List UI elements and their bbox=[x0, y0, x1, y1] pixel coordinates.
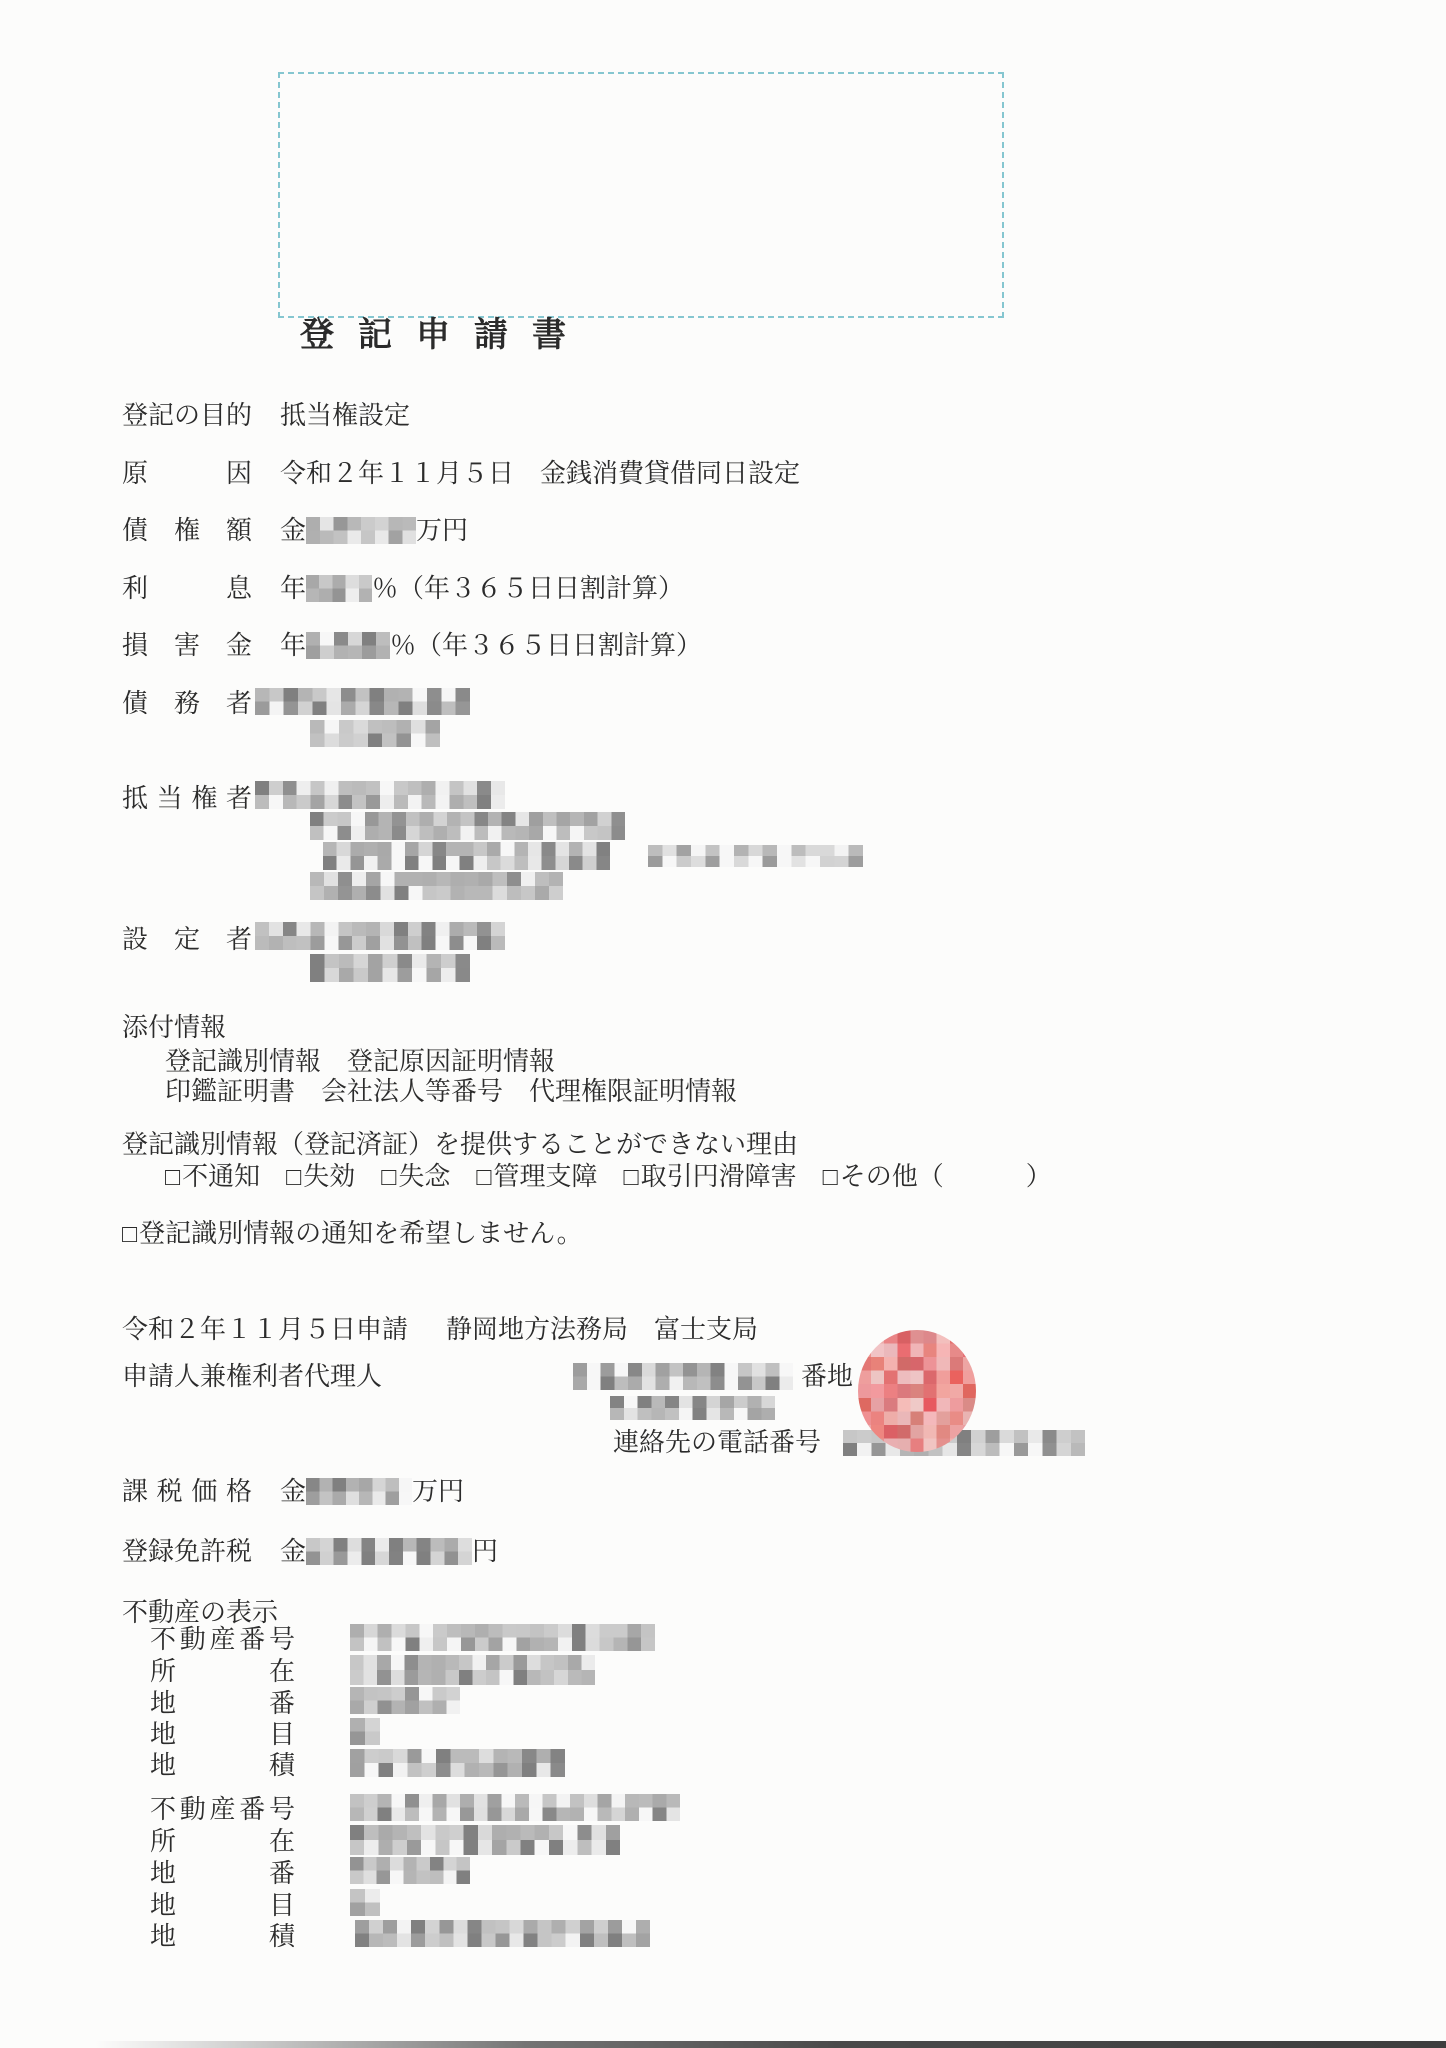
attachments-line-1: 登記識別情報 登記原因証明情報 bbox=[165, 1046, 555, 1076]
redacted-property2-number bbox=[350, 1794, 680, 1821]
tax-price-label: 課税価格 bbox=[122, 1476, 252, 1506]
tax-price-prefix: 金 bbox=[280, 1476, 306, 1506]
cause-label: 原因 bbox=[122, 458, 252, 488]
redacted-property1-number bbox=[350, 1624, 655, 1651]
redacted-property1-category bbox=[350, 1718, 380, 1745]
redacted-mortgagee-line-4 bbox=[310, 872, 563, 900]
field-row-purpose: 登記の目的抵当権設定 bbox=[122, 400, 410, 430]
property2-area-row: 地積 bbox=[150, 1921, 295, 1951]
redacted-property2-category bbox=[350, 1889, 380, 1916]
option-transaction-obstacle: □取引円滑障害 bbox=[624, 1161, 797, 1192]
property-area-label: 地積 bbox=[150, 1921, 295, 1951]
attachments-line-2: 印鑑証明書 会社法人等番号 代理権限証明情報 bbox=[165, 1076, 737, 1106]
property2-lot-row: 地番 bbox=[150, 1858, 295, 1888]
checkbox-icon: □ bbox=[823, 1163, 838, 1191]
red-seal-stamp bbox=[858, 1330, 976, 1452]
option-no-notice-label: 不通知 bbox=[182, 1161, 260, 1191]
application-date-row: 令和２年１１月５日申請静岡地方法務局 富士支局 bbox=[122, 1314, 758, 1344]
property-number-label: 不動産番号 bbox=[150, 1624, 295, 1654]
property-location-label: 所在 bbox=[150, 1656, 295, 1686]
option-transaction-obstacle-label: 取引円滑障害 bbox=[641, 1161, 797, 1191]
attachments-line-1-text: 登記識別情報 登記原因証明情報 bbox=[165, 1046, 555, 1076]
interest-label: 利息 bbox=[122, 573, 252, 603]
redacted-property1-area bbox=[350, 1749, 565, 1777]
option-expired: □失効 bbox=[286, 1161, 355, 1192]
redacted-property2-area bbox=[355, 1920, 650, 1947]
property-category-label: 地目 bbox=[150, 1890, 295, 1920]
interest-suffix: ％（年３６５日日割計算） bbox=[372, 573, 684, 603]
identification-notice-row: □登記識別情報の通知を希望しません。 bbox=[122, 1218, 583, 1249]
redacted-grantor-line-2 bbox=[310, 954, 470, 982]
redacted-debtor-line-1 bbox=[255, 688, 470, 715]
attachments-heading-text: 添付情報 bbox=[122, 1012, 226, 1042]
address-suffix-text: 番地 bbox=[801, 1361, 853, 1391]
property2-number-row: 不動産番号 bbox=[150, 1794, 295, 1824]
redacted-mortgagee-line-1 bbox=[255, 781, 505, 809]
application-date-text: 令和２年１１月５日申請 bbox=[122, 1314, 408, 1344]
field-row-grantor: 設定者 bbox=[122, 924, 252, 954]
tax-price-row: 課税価格金万円 bbox=[122, 1476, 464, 1506]
checkbox-icon: □ bbox=[624, 1163, 639, 1191]
option-other-label: その他（ bbox=[840, 1161, 944, 1191]
redacted-property1-location bbox=[350, 1655, 595, 1685]
checkbox-icon: □ bbox=[165, 1163, 180, 1191]
attachments-line-2-text: 印鑑証明書 会社法人等番号 代理権限証明情報 bbox=[165, 1076, 737, 1106]
purpose-label: 登記の目的 bbox=[122, 400, 252, 430]
field-row-debtor: 債務者 bbox=[122, 688, 252, 718]
identification-reason-heading-text: 登記識別情報（登記済証）を提供することができない理由 bbox=[122, 1129, 798, 1159]
cause-value: 令和２年１１月５日 金銭消費貸借同日設定 bbox=[280, 458, 800, 488]
redacted-property1-lot bbox=[350, 1687, 460, 1714]
option-management-issue: □管理支障 bbox=[476, 1161, 597, 1192]
option-other: □その他（） bbox=[823, 1161, 1052, 1192]
property1-lot-row: 地番 bbox=[150, 1688, 295, 1718]
legal-affairs-office-text: 静岡地方法務局 富士支局 bbox=[446, 1314, 758, 1344]
identification-notice-text: 登記識別情報の通知を希望しません。 bbox=[139, 1218, 583, 1248]
checkbox-icon: □ bbox=[286, 1163, 301, 1191]
redacted-applicant-address bbox=[573, 1363, 793, 1390]
checkbox-icon: □ bbox=[381, 1163, 396, 1191]
redacted-mortgagee-line-3 bbox=[323, 842, 610, 870]
option-lost-label: 失念 bbox=[398, 1161, 450, 1191]
property-location-label: 所在 bbox=[150, 1826, 295, 1856]
damages-prefix: 年 bbox=[280, 630, 306, 660]
redacted-interest-rate bbox=[306, 575, 372, 602]
option-lost: □失念 bbox=[381, 1161, 450, 1192]
redacted-property2-lot bbox=[350, 1857, 470, 1884]
property-lot-label: 地番 bbox=[150, 1858, 295, 1888]
redacted-debtor-line-2 bbox=[310, 720, 440, 747]
scan-bottom-edge bbox=[95, 2041, 1446, 2048]
property-area-label: 地積 bbox=[150, 1750, 295, 1780]
property2-category-row: 地目 bbox=[150, 1890, 295, 1920]
scanned-document-page: 登記申請書 登記の目的抵当権設定 原因令和２年１１月５日 金銭消費貸借同日設定 … bbox=[0, 0, 1446, 2048]
applicant-row: 申請人兼権利者代理人番地 bbox=[122, 1361, 853, 1391]
option-other-close-paren: ） bbox=[1026, 1161, 1052, 1191]
mortgagee-label: 抵当権者 bbox=[122, 783, 252, 813]
damages-suffix: ％（年３６５日日割計算） bbox=[390, 630, 702, 660]
field-row-mortgagee: 抵当権者 bbox=[122, 783, 252, 813]
property1-category-row: 地目 bbox=[150, 1719, 295, 1749]
property1-area-row: 地積 bbox=[150, 1750, 295, 1780]
claim-suffix: 万円 bbox=[416, 515, 468, 545]
field-row-interest: 利息年％（年３６５日日割計算） bbox=[122, 573, 684, 603]
property-heading: 不動産の表示 bbox=[122, 1597, 278, 1627]
identification-reason-options: □不通知 □失効 □失念 □管理支障 □取引円滑障害 □その他（） bbox=[165, 1161, 1052, 1192]
option-expired-label: 失効 bbox=[303, 1161, 355, 1191]
checkbox-icon: □ bbox=[122, 1220, 137, 1248]
claim-label: 債権額 bbox=[122, 515, 252, 545]
attachments-heading: 添付情報 bbox=[122, 1012, 226, 1042]
tax-price-suffix: 万円 bbox=[412, 1476, 464, 1506]
document-title: 登記申請書 bbox=[300, 320, 590, 350]
license-tax-row: 登録免許税金円 bbox=[122, 1536, 498, 1566]
identification-reason-heading: 登記識別情報（登記済証）を提供することができない理由 bbox=[122, 1129, 798, 1159]
claim-prefix: 金 bbox=[280, 515, 306, 545]
phone-row: 連絡先の電話番号 bbox=[613, 1427, 1085, 1457]
redacted-mortgagee-line-3-cont bbox=[648, 845, 863, 867]
redacted-grantor-line-1 bbox=[255, 922, 505, 950]
purpose-value: 抵当権設定 bbox=[280, 400, 410, 430]
property-lot-label: 地番 bbox=[150, 1688, 295, 1718]
field-row-claim-amount: 債権額金万円 bbox=[122, 515, 468, 545]
redacted-claim-amount bbox=[306, 517, 416, 544]
attachment-placeholder-box bbox=[278, 72, 1004, 318]
redacted-mortgagee-line-2 bbox=[310, 812, 625, 840]
redacted-applicant-name bbox=[610, 1396, 775, 1420]
property1-number-row: 不動産番号 bbox=[150, 1624, 295, 1654]
field-row-cause: 原因令和２年１１月５日 金銭消費貸借同日設定 bbox=[122, 458, 800, 488]
license-tax-suffix: 円 bbox=[472, 1536, 498, 1566]
property-heading-text: 不動産の表示 bbox=[122, 1597, 278, 1627]
property1-location-row: 所在 bbox=[150, 1656, 295, 1686]
redacted-damages-rate bbox=[306, 632, 390, 659]
damages-label: 損害金 bbox=[122, 630, 252, 660]
debtor-label: 債務者 bbox=[122, 688, 252, 718]
property-number-label: 不動産番号 bbox=[150, 1794, 295, 1824]
option-management-issue-label: 管理支障 bbox=[493, 1161, 597, 1191]
applicant-label: 申請人兼権利者代理人 bbox=[122, 1361, 382, 1391]
option-no-notice: □不通知 bbox=[165, 1161, 260, 1192]
license-tax-label: 登録免許税 bbox=[122, 1536, 252, 1566]
redacted-license-tax bbox=[306, 1538, 472, 1565]
license-tax-prefix: 金 bbox=[280, 1536, 306, 1566]
redacted-property2-location bbox=[350, 1825, 620, 1855]
checkbox-icon: □ bbox=[476, 1163, 491, 1191]
field-row-damages: 損害金年％（年３６５日日割計算） bbox=[122, 630, 702, 660]
interest-prefix: 年 bbox=[280, 573, 306, 603]
phone-label: 連絡先の電話番号 bbox=[613, 1427, 821, 1457]
property-category-label: 地目 bbox=[150, 1719, 295, 1749]
redacted-tax-price bbox=[306, 1478, 412, 1505]
grantor-label: 設定者 bbox=[122, 924, 252, 954]
property2-location-row: 所在 bbox=[150, 1826, 295, 1856]
